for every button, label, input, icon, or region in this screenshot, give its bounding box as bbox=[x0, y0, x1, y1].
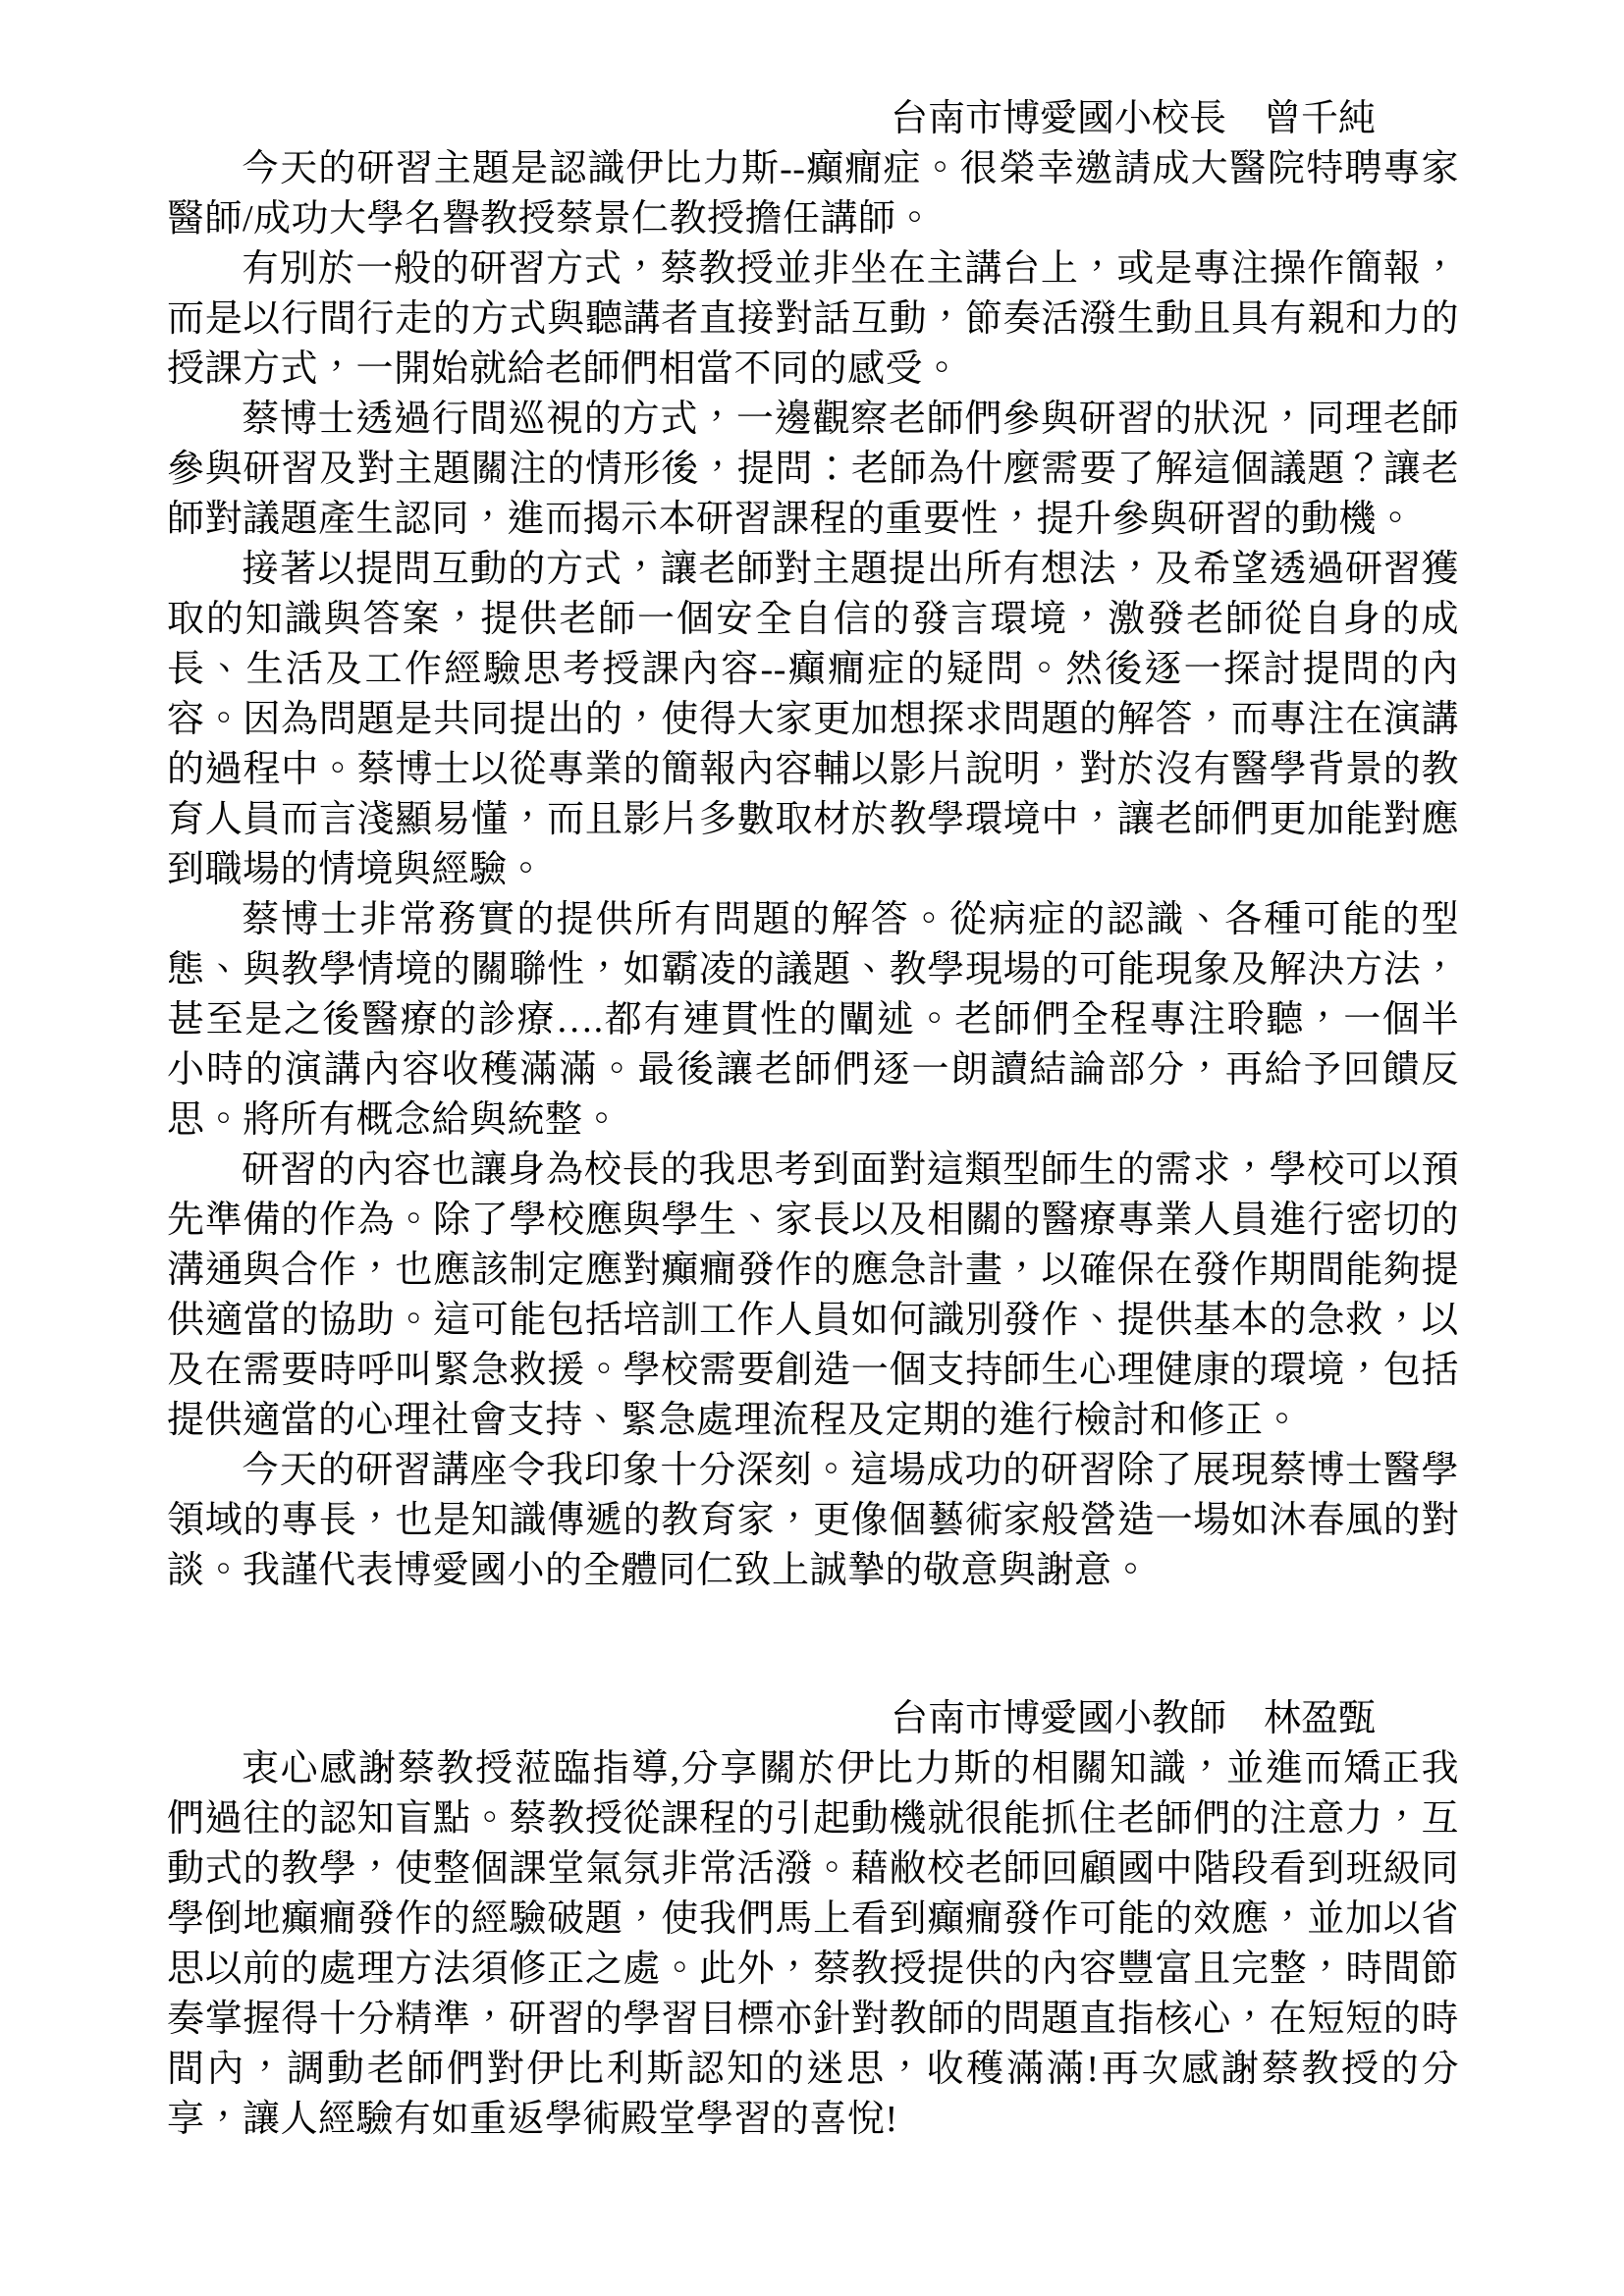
paragraph: 今天的研習主題是認識伊比力斯--癲癇症。很榮幸邀請成大醫院特聘專家醫師/成功大學… bbox=[167, 144, 1459, 244]
paragraph: 研習的內容也讓身為校長的我思考到面對這類型師生的需求，學校可以預先準備的作為。除… bbox=[167, 1146, 1459, 1446]
paragraph: 有別於一般的研習方式，蔡教授並非坐在主講台上，或是專注操作簡報，而是以行間行走的… bbox=[167, 244, 1459, 395]
paragraph: 蔡博士非常務實的提供所有問題的解答。從病症的認識、各種可能的型態、與教學情境的關… bbox=[167, 895, 1459, 1146]
section-divider-space bbox=[167, 1596, 1459, 1694]
paragraph: 蔡博士透過行間巡視的方式，一邊觀察老師們參與研習的狀況，同理老師參與研習及對主題… bbox=[167, 395, 1459, 545]
paragraph: 今天的研習講座令我印象十分深刻。這場成功的研習除了展現蔡博士醫學領域的專長，也是… bbox=[167, 1446, 1459, 1596]
author-line-principal: 台南市博愛國小校長 曾千純 bbox=[167, 94, 1459, 144]
reflection-section-principal: 台南市博愛國小校長 曾千純 今天的研習主題是認識伊比力斯--癲癇症。很榮幸邀請成… bbox=[167, 94, 1459, 1596]
document-page: 台南市博愛國小校長 曾千純 今天的研習主題是認識伊比力斯--癲癇症。很榮幸邀請成… bbox=[0, 0, 1624, 2296]
reflection-section-teacher: 台南市博愛國小教師 林盈甄 衷心感謝蔡教授蒞臨指導,分享關於伊比力斯的相關知識，… bbox=[167, 1694, 1459, 2145]
author-line-teacher: 台南市博愛國小教師 林盈甄 bbox=[167, 1694, 1459, 1744]
paragraph: 衷心感謝蔡教授蒞臨指導,分享關於伊比力斯的相關知識，並進而矯正我們過往的認知盲點… bbox=[167, 1744, 1459, 2145]
paragraph: 接著以提問互動的方式，讓老師對主題提出所有想法，及希望透過研習獲取的知識與答案，… bbox=[167, 545, 1459, 895]
